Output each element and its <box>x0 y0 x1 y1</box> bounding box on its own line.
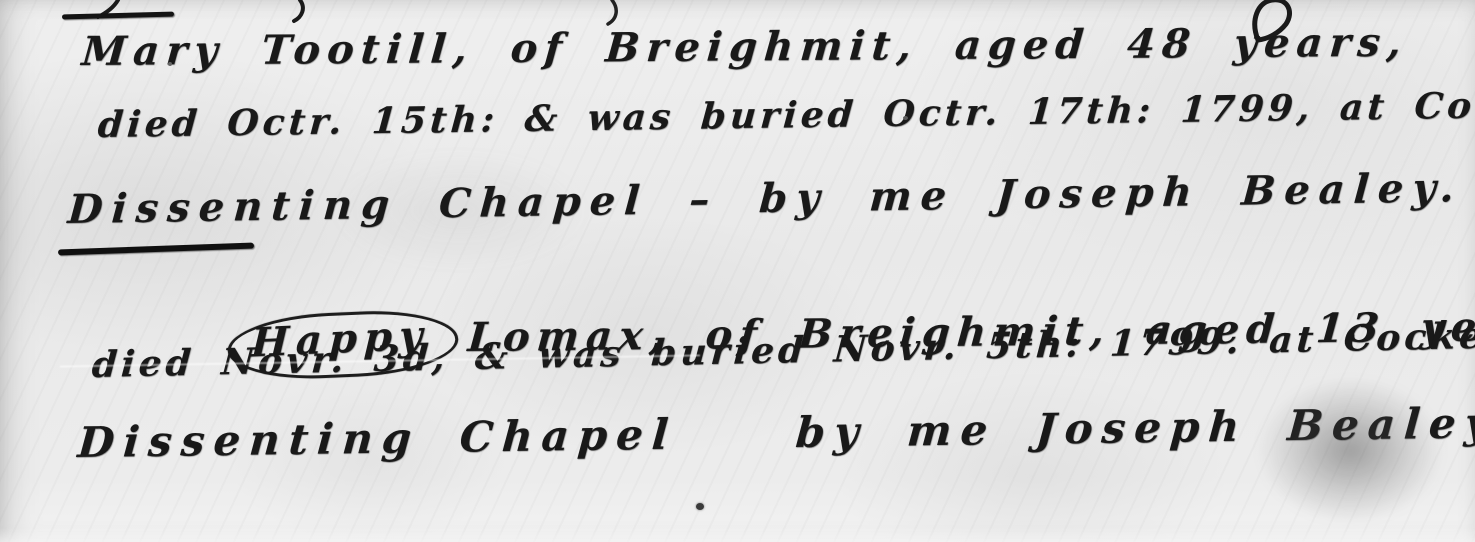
cut-off-stroke <box>608 0 616 24</box>
handwritten-line-entry1-1: Mary Tootill, of Breighmit, aged 48 year… <box>80 19 1410 75</box>
underline-mark-top <box>62 12 174 20</box>
underline-mark-dissenting <box>58 243 254 256</box>
paper-edge <box>0 528 1475 542</box>
handwritten-line-entry1-3: Dissenting Chapel – by me Joseph Bealey. <box>66 164 1464 233</box>
ink-stain <box>1258 378 1443 523</box>
handwritten-line-entry1-2: died Octr. 15th: & was buried Octr. 17th… <box>96 83 1475 146</box>
ink-speck <box>168 62 172 66</box>
ink-speck <box>903 116 908 120</box>
ink-speck <box>696 503 704 510</box>
register-page-scan: Mary Tootill, of Breighmit, aged 48 year… <box>0 0 1475 542</box>
cut-off-stroke <box>294 0 303 21</box>
